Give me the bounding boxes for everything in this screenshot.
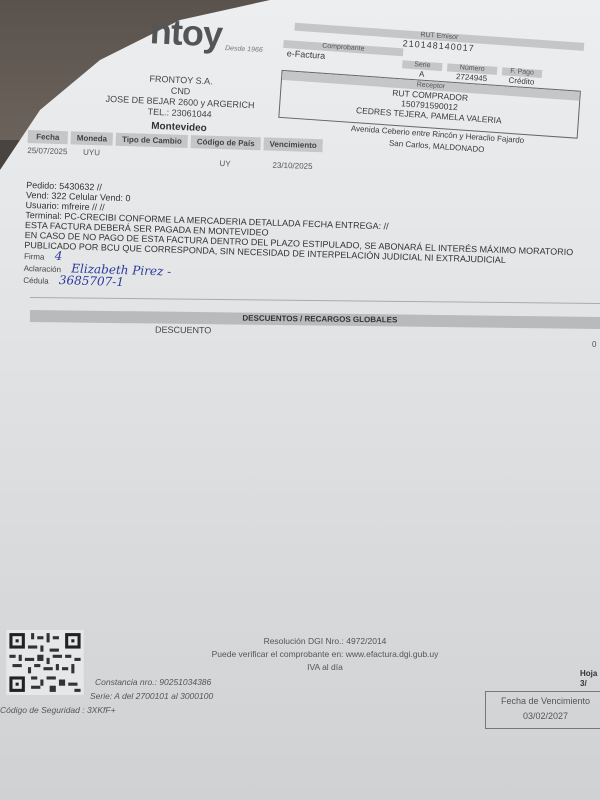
iva-status: IVA al día (170, 661, 480, 674)
meta-moneda: Moneda UYU (70, 131, 113, 164)
fecha-vencimiento-box: Fecha de Vencimiento 03/02/2027 (485, 691, 600, 729)
numero: Número 2724945 (446, 63, 497, 83)
fecha-venc-value: 03/02/2027 (486, 709, 600, 724)
discount-label: DESCUENTO (155, 325, 211, 336)
forma-pago: F. Pago Crédito (501, 67, 542, 87)
meta-codigo-pais: Código de País UY (190, 135, 261, 169)
invoice-body: Fecha 25/07/2025 Moneda UYU Tipo de Camb… (23, 130, 600, 305)
aclaracion-label: Aclaración (24, 264, 62, 274)
meta-tipo-cambio: Tipo de Cambio (115, 133, 188, 167)
invoice-header: RUT Emisor 210148140017 Comprobante e-Fa… (277, 22, 594, 153)
serie: Serie A (401, 60, 442, 80)
hoja-number: Hoja 3/ (580, 669, 597, 689)
firma-label: Firma (24, 252, 45, 262)
dgi-info: Resolución DGI Nro.: 4972/2014 Puede ver… (170, 635, 480, 674)
serie-rango: Serie: A del 2700101 al 3000100 (0, 689, 213, 703)
meta-fecha: Fecha 25/07/2025 (27, 130, 68, 163)
constancia: Constancia nro.: 90251034386 (0, 675, 213, 689)
cedula-label: Cédula (23, 276, 49, 286)
cedula-handwritten: 3685707-1 (59, 273, 125, 289)
discount-value: 0 (592, 340, 596, 349)
meta-vencimiento: Vencimiento 23/10/2025 (263, 137, 323, 171)
order-details: Pedido: 5430632 // Vend: 322 Celular Ven… (23, 180, 600, 305)
firma-signature: 4 (55, 249, 63, 263)
cfe-info: Constancia nro.: 90251034386 Serie: A de… (0, 675, 213, 717)
codigo-seguridad: Código de Seguridad : 3XKfF+ (0, 703, 213, 717)
verificar-link: Puede verificar el comprobante en: www.e… (170, 648, 480, 661)
fecha-venc-label: Fecha de Vencimiento (486, 694, 600, 709)
company-logo: ntoy (149, 10, 223, 56)
resolucion-dgi: Resolución DGI Nro.: 4972/2014 (170, 635, 480, 648)
issuer-block: FRONTOY S.A. CND JOSE DE BEJAR 2600 y AR… (69, 70, 291, 138)
